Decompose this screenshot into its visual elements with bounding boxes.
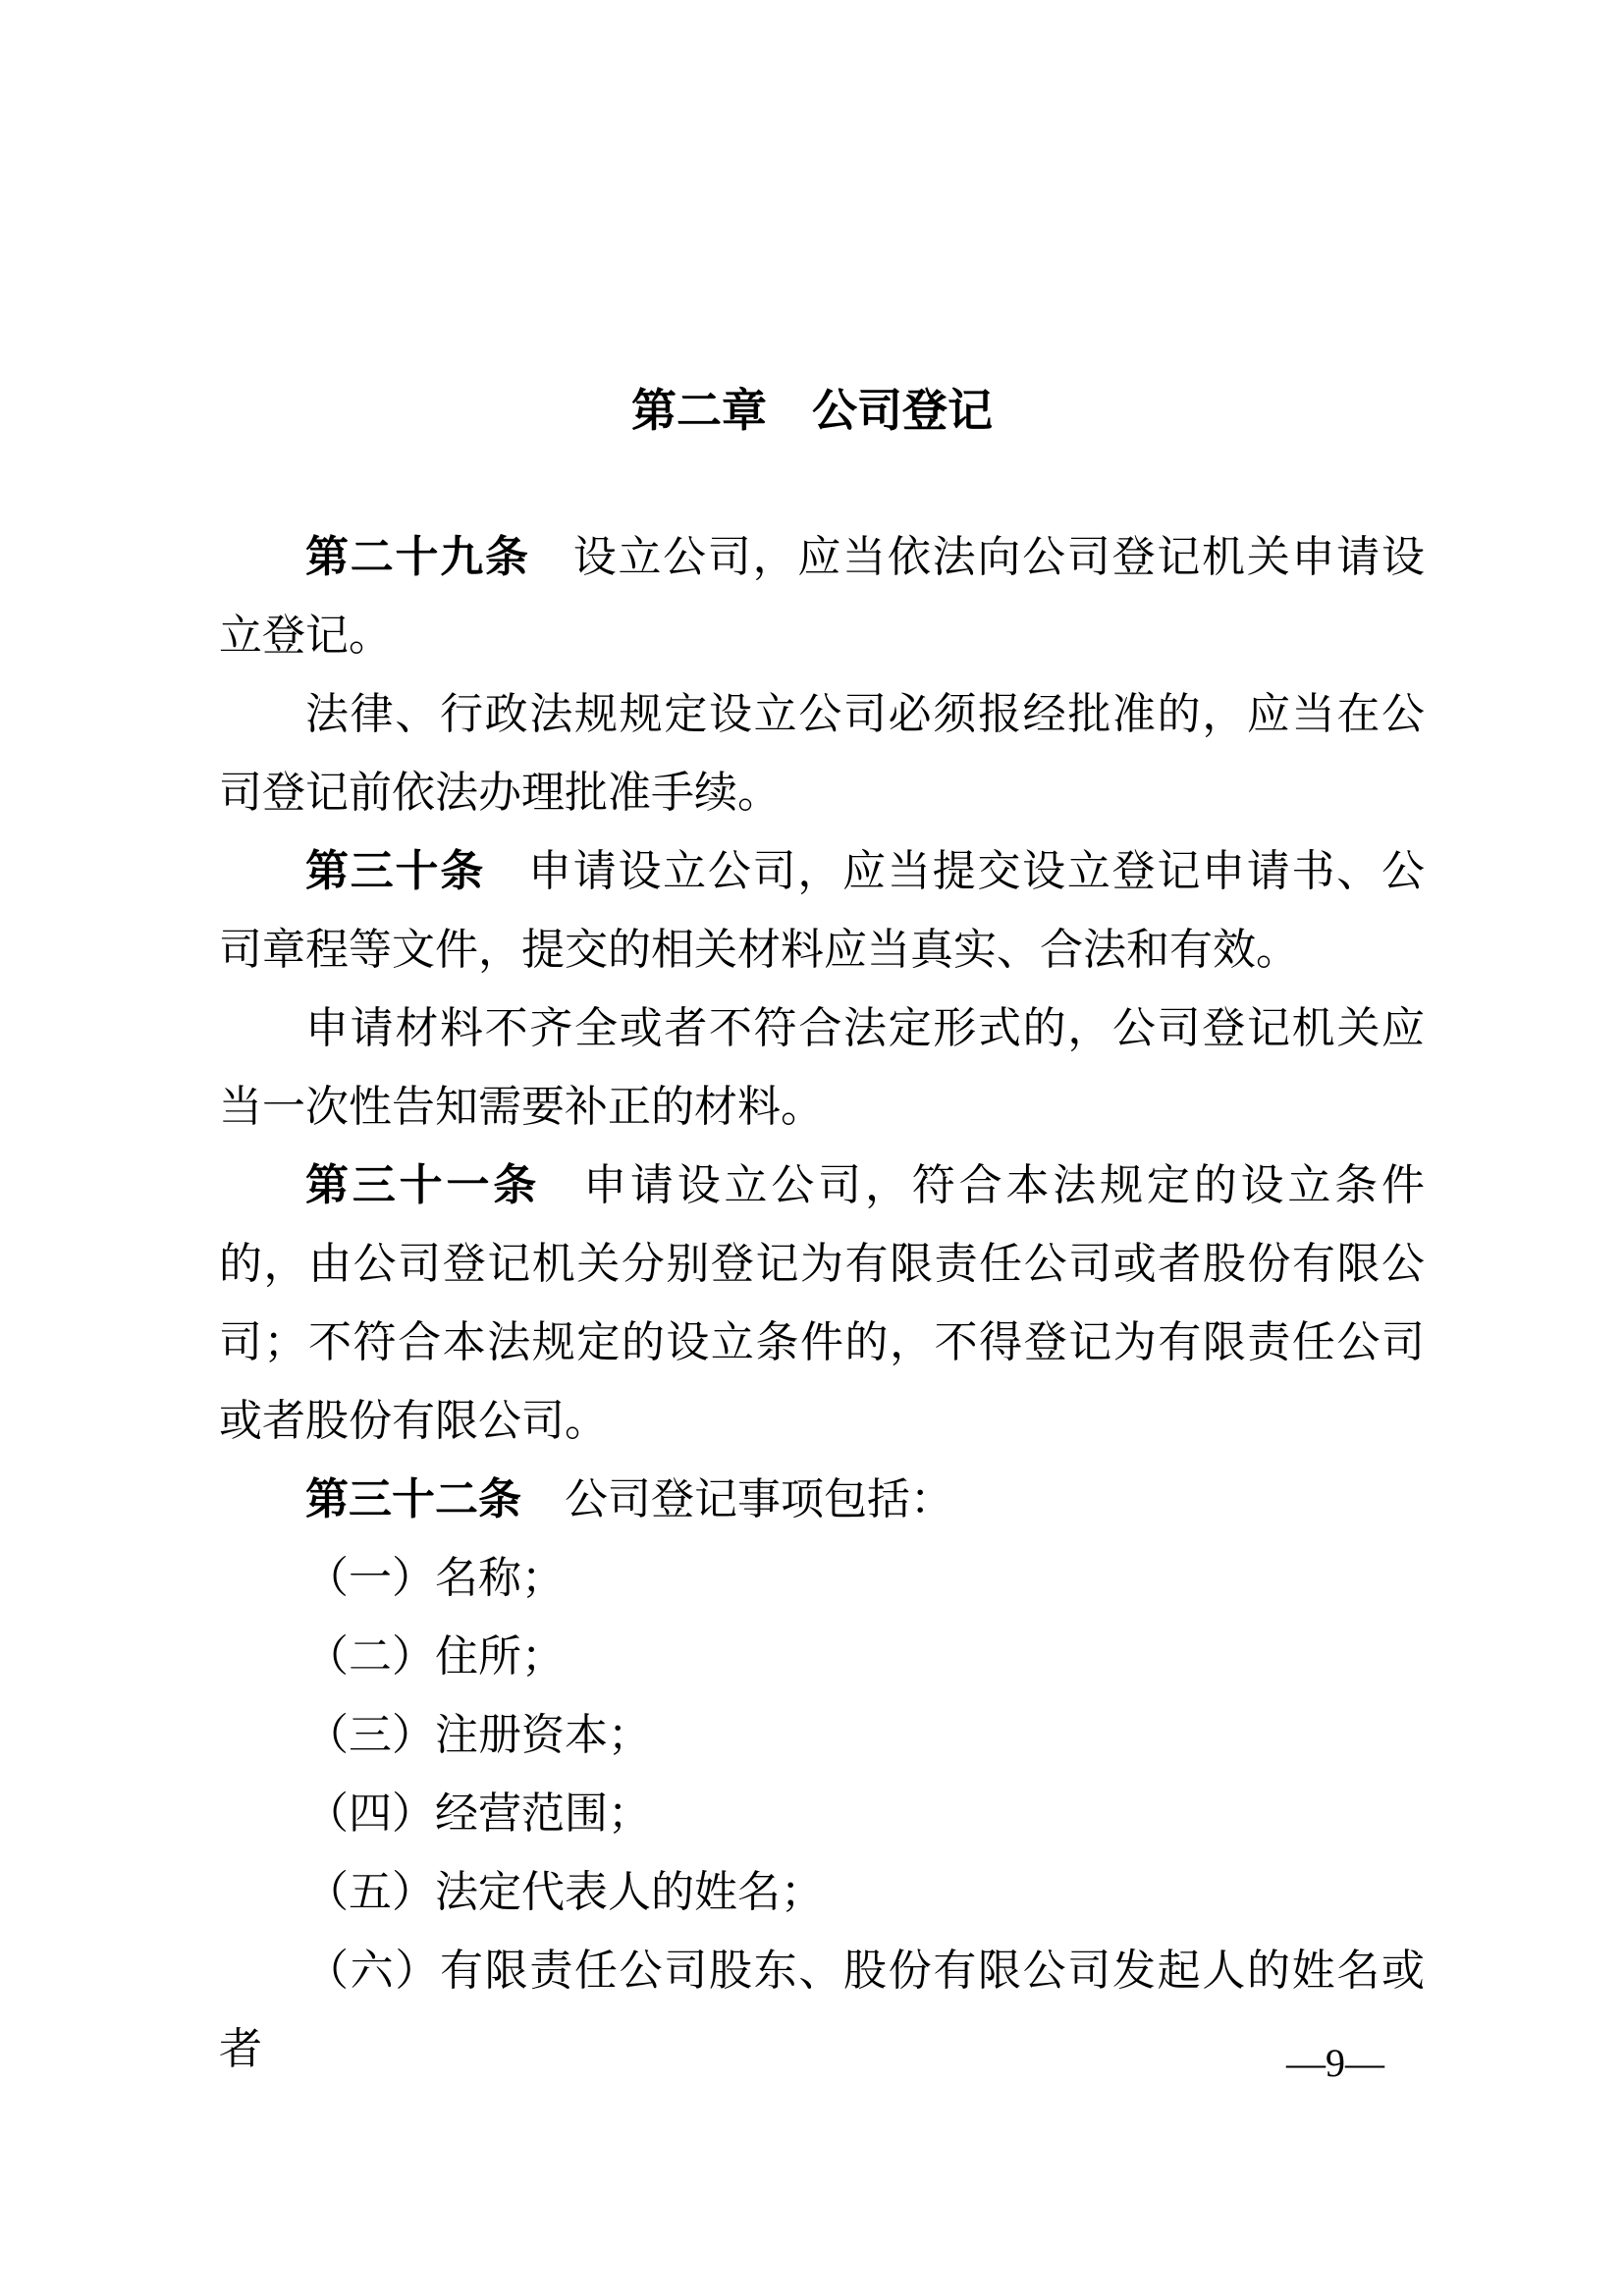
- article-number: 第二十九条: [305, 533, 530, 581]
- page-number: —9—: [1286, 2042, 1384, 2085]
- article-number: 第三十一条: [305, 1161, 540, 1209]
- paragraph-text: 申请材料不齐全或者不符合法定形式的，公司登记机关应当一次性告知需要补正的材料。: [219, 1004, 1425, 1131]
- paragraph: （二）住所；: [219, 1618, 1425, 1696]
- paragraph-text: 公司登记事项包括：: [565, 1475, 953, 1523]
- paragraph-text: （六）有限责任公司股东、股份有限公司发起人的姓名或者: [219, 1947, 1425, 2073]
- paragraph: （四）经营范围；: [219, 1775, 1425, 1853]
- paragraph: 第二十九条设立公司，应当依法向公司登记机关申请设立登记。: [219, 518, 1425, 675]
- paragraph-text: 法律、行政法规规定设立公司必须报经批准的，应当在公司登记前依法办理批准手续。: [219, 690, 1425, 817]
- article-number: 第三十二条: [305, 1475, 521, 1523]
- paragraph-text: （五）法定代表人的姓名；: [305, 1868, 824, 1916]
- paragraph: （六）有限责任公司股东、股份有限公司发起人的姓名或者: [219, 1932, 1425, 2089]
- paragraph: （一）名称；: [219, 1539, 1425, 1618]
- paragraph: （三）注册资本；: [219, 1696, 1425, 1775]
- paragraph-text: （二）住所；: [305, 1632, 565, 1681]
- paragraph: 第三十一条申请设立公司，符合本法规定的设立条件的，由公司登记机关分别登记为有限责…: [219, 1147, 1425, 1461]
- paragraph-text: （一）名称；: [305, 1554, 565, 1602]
- paragraph-text: （三）注册资本；: [305, 1711, 651, 1759]
- paragraph: 第三十二条公司登记事项包括：: [219, 1461, 1425, 1539]
- paragraph-text: （四）经营范围；: [305, 1789, 651, 1838]
- chapter-title: 第二章 公司登记: [0, 381, 1624, 440]
- paragraph: 第三十条申请设立公司，应当提交设立登记申请书、公司章程等文件，提交的相关材料应当…: [219, 832, 1425, 989]
- document-page: 第二章 公司登记 第二十九条设立公司，应当依法向公司登记机关申请设立登记。法律、…: [0, 0, 1624, 2296]
- paragraph: 法律、行政法规规定设立公司必须报经批准的，应当在公司登记前依法办理批准手续。: [219, 675, 1425, 832]
- paragraph: 申请材料不齐全或者不符合法定形式的，公司登记机关应当一次性告知需要补正的材料。: [219, 989, 1425, 1147]
- article-number: 第三十条: [305, 847, 485, 895]
- document-body: 第二十九条设立公司，应当依法向公司登记机关申请设立登记。法律、行政法规规定设立公…: [219, 518, 1425, 2089]
- paragraph: （五）法定代表人的姓名；: [219, 1853, 1425, 1932]
